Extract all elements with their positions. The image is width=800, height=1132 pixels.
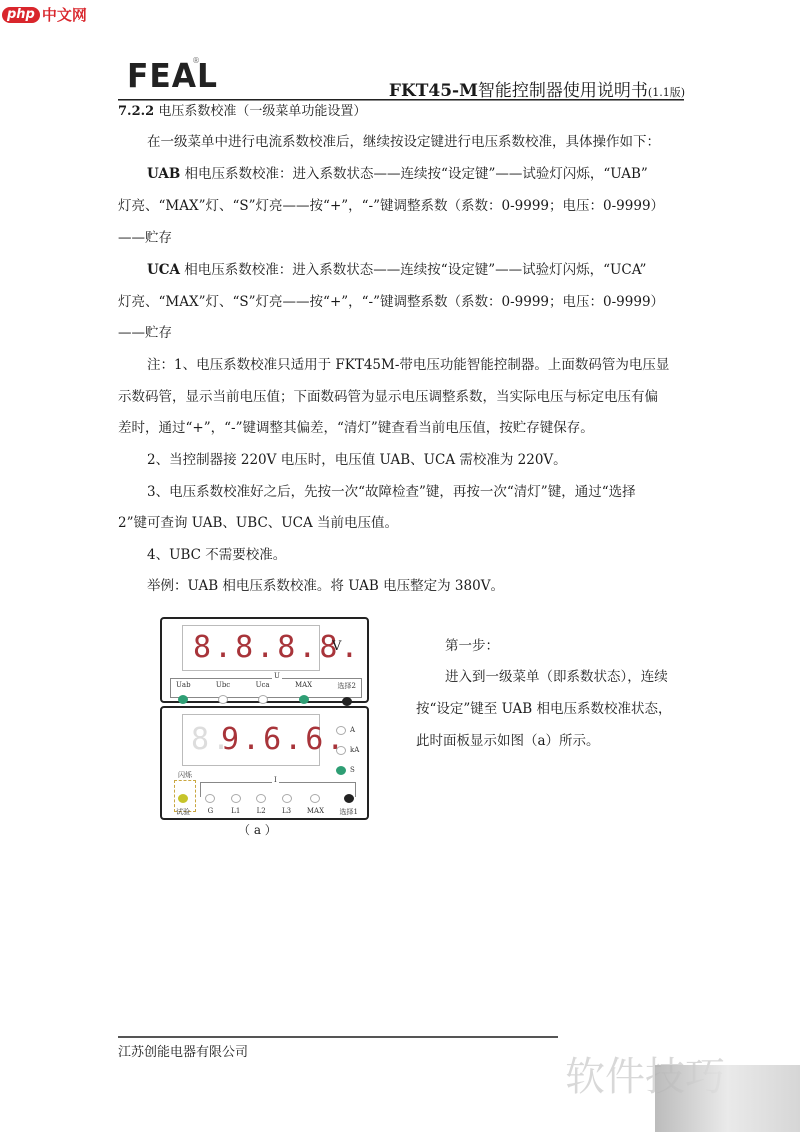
php-badge: php [2, 7, 40, 23]
title-text: 智能控制器使用说明书 [478, 81, 648, 101]
led-max-current-icon [310, 794, 320, 803]
led-l2-icon [256, 794, 266, 803]
title-version: (1.1版) [648, 86, 685, 99]
example: 举例：UAB 相电压系数校准。将 UAB 电压整定为 380V。 [118, 576, 717, 596]
led-ka-icon [336, 746, 346, 755]
unit-label: V [332, 639, 341, 654]
document-title: FKT45-M智能控制器使用说明书(1.1版) [389, 76, 685, 101]
led-s-icon [336, 766, 346, 775]
led-ka: kA [336, 740, 359, 760]
uab-line-3: ——贮存 [118, 228, 688, 248]
select1-button-icon [344, 794, 354, 803]
led-uca-icon [258, 695, 268, 704]
note4: 4、UBC 不需要校准。 [118, 545, 717, 565]
test-led-icon [178, 794, 188, 803]
uca-text: 相电压系数校准：进入系数状态——连续按“设定键”——试验灯闪烁，“UCA” [180, 262, 646, 278]
coefficient-display: 8. 9.6.6. [182, 714, 320, 766]
note3-line-2: 2”键可查询 UAB、UBC、UCA 当前电压值。 [118, 513, 688, 533]
note1-line-1: 注：1、电压系数校准只适用于 FKT45M-带电压功能智能控制器。上面数码管为电… [118, 355, 717, 375]
company-name: 江苏创能电器有限公司 [118, 1041, 248, 1060]
note1-line-3: 差时，通过“+”，“-”键调整其偏差，“清灯”键查看当前电压值，按贮存键保存。 [118, 418, 688, 438]
blurred-overlay [655, 1065, 800, 1132]
led-g-icon [205, 794, 215, 803]
intro-paragraph: 在一级菜单中进行电流系数校准后，继续按设定键进行电压系数校准，具体操作如下： [118, 132, 717, 152]
uca-line-3: ——贮存 [118, 323, 688, 343]
led-l1: L1 [231, 788, 241, 817]
step-line-3: 此时面板显示如图（a）所示。 [416, 731, 696, 751]
step-line-2: 按“设定”键至 UAB 相电压系数校准状态， [416, 699, 696, 719]
led-uab-icon [178, 695, 188, 704]
led-ubc-icon [218, 695, 228, 704]
uab-text: 相电压系数校准：进入系数状态——连续按“设定键”——试验灯闪烁，“UAB” [180, 166, 648, 182]
footer-rule [118, 1036, 558, 1038]
led-a-icon [336, 726, 346, 735]
uca-line-2: 灯亮、“MAX”灯、“S”灯亮——按“+”，“-”键调整系数（系数：0-9999… [118, 292, 688, 312]
led-l3: L3 [282, 788, 292, 817]
section-heading: 7.2.2 电压系数校准（一级菜单功能设置） [118, 102, 688, 122]
led-max-current: MAX [307, 788, 324, 817]
led-s: S [336, 760, 359, 780]
led-max-icon [299, 695, 309, 704]
step-title: 第一步： [416, 636, 725, 656]
php-watermark-text: 中文网 [42, 4, 87, 25]
uab-line-1: UAB 相电压系数校准：进入系数状态——连续按“设定键”——试验灯闪烁，“UAB… [118, 164, 717, 184]
note1-line-2: 示数码管，显示当前电压值；下面数码管为显示电压调整系数，当实际电压与标定电压有偏 [118, 387, 688, 407]
title-model: FKT45-M [389, 81, 478, 101]
current-panel: 8. 9.6.6. A kA S 闪烁 I 试验 G L1 L2 L3 MAX … [160, 706, 369, 820]
uab-line-2: 灯亮、“MAX”灯、“S”灯亮——按“+”，“-”键调整系数（系数：0-9999… [118, 196, 688, 216]
led-l1-icon [231, 794, 241, 803]
unit-leds: A kA S [336, 720, 359, 780]
coefficient-digits: 9.6.6. [221, 723, 347, 757]
figure-caption: （ a ） [238, 821, 277, 838]
note3-line-1: 3、电压系数校准好之后，先按一次“故障检查”键，再按一次“清灯”键，通过“选择 [118, 482, 717, 502]
uca-line-1: UCA 相电压系数校准：进入系数状态——连续按“设定键”——试验灯闪烁，“UCA… [118, 260, 717, 280]
select1-button[interactable]: 选择1 [339, 788, 357, 817]
header-rule [118, 99, 684, 101]
group-label-u: U [272, 672, 282, 680]
section-number: 7.2.2 [118, 104, 154, 119]
current-led-row: 试验 G L1 L2 L3 MAX 选择1 [176, 788, 358, 817]
step-line-1: 进入到一级菜单（即系数状态），连续 [416, 667, 725, 687]
uab-label: UAB [147, 166, 180, 182]
uca-label: UCA [147, 262, 180, 278]
voltage-display: 8.8.8.8. [182, 625, 320, 671]
feal-logo: FEAL [127, 56, 218, 95]
led-l3-icon [282, 794, 292, 803]
test-button[interactable]: 试验 [176, 788, 190, 817]
voltage-panel: 8.8.8.8. V U Uab Ubc Uca MAX 选择2 [160, 617, 369, 703]
group-label-i: I [272, 776, 279, 784]
select2-button-icon [342, 697, 352, 706]
flash-label: 闪烁 [178, 770, 192, 780]
led-a: A [336, 720, 359, 740]
section-title: 电压系数校准（一级菜单功能设置） [158, 104, 366, 119]
led-g: G [205, 788, 215, 817]
note2: 2、当控制器接 220V 电压时，电压值 UAB、UCA 需校准为 220V。 [118, 450, 717, 470]
led-l2: L2 [256, 788, 266, 817]
php-watermark: php 中文网 [2, 4, 87, 25]
registered-mark: ® [192, 56, 200, 65]
